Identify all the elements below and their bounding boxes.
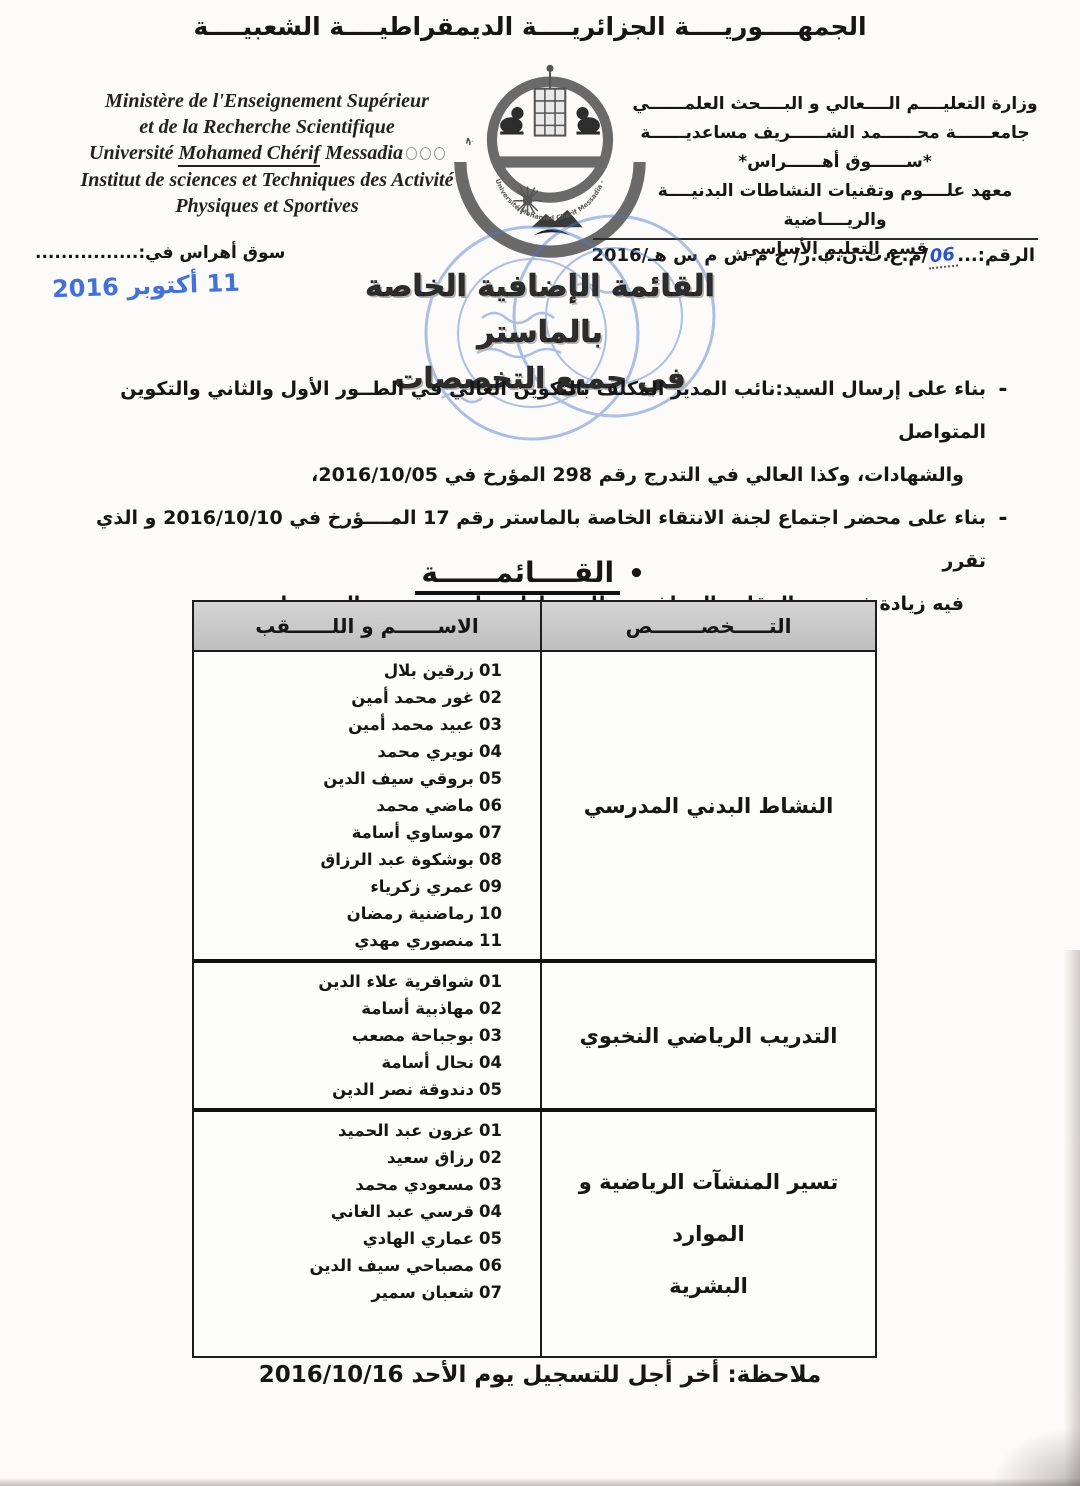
university-line-fr: Université Mohamed Chérif Messadia [48, 140, 486, 167]
student-row: 05دندوقة نصر الدين [200, 1076, 502, 1103]
institute-line-ar: معهد علــــوم وتقنيات النشاطات البدنيـــ… [620, 177, 1050, 235]
student-row: 07شعبان سمير [200, 1279, 502, 1306]
student-number: 06 [474, 1252, 502, 1279]
student-number: 07 [474, 819, 502, 846]
student-number: 09 [474, 873, 502, 900]
student-row: 11منصوري مهدي [200, 927, 502, 954]
scanned-document-page: الجمهــــوريــــة الجزائريــــة الديمقرا… [0, 0, 1080, 1486]
scan-corner-blotch [990, 1426, 1080, 1486]
table-group-school-physical-activity: 01زرقين بلال02غور محمد أمين03عبيد محمد أ… [194, 652, 875, 963]
student-row: 03بوجباحة مصعب [200, 1022, 502, 1049]
table-header-row: الاســــــم و اللــــــقب التـــــخصــــ… [194, 602, 875, 652]
student-row: 01زرقين بلال [200, 657, 502, 684]
student-number: 03 [474, 1022, 502, 1049]
student-row: 04نحال أسامة [200, 1049, 502, 1076]
list-heading-text: القــــائمــــــة [415, 556, 620, 595]
student-name: ماضي محمد [377, 796, 475, 815]
column-header-specialty: التـــــخصـــــــص [540, 602, 875, 650]
ministry-line-fr: Ministère de l'Enseignement Supérieur [48, 88, 486, 114]
student-name: عمري زكرياء [370, 877, 474, 896]
specialty-cell: تسير المنشآت الرياضية و المواردالبشرية [540, 1112, 875, 1356]
student-list: 01شواقرية علاء الدين02مهاذبية أسامة03بوج… [194, 963, 540, 1108]
student-name: عماري الهادي [363, 1229, 474, 1248]
bullet-dash: - [986, 497, 1020, 626]
student-row: 02رزاق سعيد [200, 1144, 502, 1171]
open-book-icon [534, 229, 571, 235]
student-row: 09عمري زكرياء [200, 873, 502, 900]
place-date-line: سوق أهراس في:................ [35, 243, 455, 263]
student-number: 08 [474, 846, 502, 873]
student-name: نحال أسامة [381, 1053, 474, 1072]
student-name: عبيد محمد أمين [348, 715, 474, 734]
student-number: 03 [474, 711, 502, 738]
registration-deadline-note: ملاحظة: أخر أجل للتسجيل يوم الأحد 2016/1… [0, 1362, 1080, 1388]
student-name: شواقرية علاء الدين [318, 972, 474, 991]
student-row: 03مسعودي محمد [200, 1171, 502, 1198]
monument-icon [535, 65, 566, 136]
student-row: 08بوشكوة عبد الرزاق [200, 846, 502, 873]
student-name: بوجباحة مصعب [352, 1026, 474, 1045]
student-name: موساوي أسامة [352, 823, 474, 842]
student-row: 01عزون عبد الحميد [200, 1117, 502, 1144]
student-name: دندوقة نصر الدين [332, 1080, 474, 1099]
student-name: مهاذبية أسامة [361, 999, 474, 1018]
student-number: 06 [474, 792, 502, 819]
student-name: قرسي عبد الغاني [331, 1202, 474, 1221]
document-title-line1: القائمة الإضافية الخاصة بالماستر [330, 264, 750, 356]
student-name: بروقي سيف الدين [323, 769, 474, 788]
french-header-block: Ministère de l'Enseignement Supérieur et… [48, 88, 486, 219]
bullet1-line1: بناء على إرسال السيد:نائب المدير المكلف … [120, 378, 986, 443]
header-divider-rule [593, 238, 1038, 240]
scan-edge-shadow-right [1064, 950, 1080, 1486]
student-name: منصوري مهدي [354, 931, 474, 950]
specialty-name-line: تسير المنشآت الرياضية و الموارد [542, 1156, 875, 1260]
table-group-elite-sports-training: 01شواقرية علاء الدين02مهاذبية أسامة03بوج… [194, 963, 875, 1112]
ref-label: الرقم:... [957, 245, 1035, 266]
student-row: 04نويري محمد [200, 738, 502, 765]
student-name: رماضنية رمضان [347, 904, 474, 923]
bullet-item: - بناء على إرسال السيد:نائب المدير المكل… [62, 368, 1020, 497]
specialty-cell: التدريب الرياضي النخبوي [540, 963, 875, 1108]
column-header-name: الاســــــم و اللــــــقب [194, 602, 540, 650]
student-name: عزون عبد الحميد [338, 1121, 474, 1140]
student-name: مصباحي سيف الدين [309, 1256, 474, 1275]
student-name: مسعودي محمد [355, 1175, 474, 1194]
student-row: 03عبيد محمد أمين [200, 711, 502, 738]
student-row: 02مهاذبية أسامة [200, 995, 502, 1022]
svg-text:جامعة محمد الشريف مساعدية سوق: جامعة محمد الشريف مساعدية سوق أهراس [438, 48, 474, 146]
city-line-ar: *ســــــوق أهــــــراس* [620, 148, 1050, 177]
student-number: 04 [474, 738, 502, 765]
student-number: 07 [474, 1279, 502, 1306]
student-row: 07موساوي أسامة [200, 819, 502, 846]
student-row: 05عماري الهادي [200, 1225, 502, 1252]
student-number: 05 [474, 1076, 502, 1103]
student-number: 11 [474, 927, 502, 954]
country-title: الجمهــــوريــــة الجزائريــــة الديمقرا… [130, 12, 930, 41]
university-name-underlined: Mohamed Chérif [178, 142, 320, 167]
bullet1-line2: والشهادات، وكذا العالي في التدرج رقم 298… [62, 454, 986, 497]
student-row: 10رماضنية رمضان [200, 900, 502, 927]
heading-bullet-icon: • [628, 559, 645, 589]
student-list: 01عزون عبد الحميد02رزاق سعيد03مسعودي محم… [194, 1112, 540, 1356]
student-number: 05 [474, 1225, 502, 1252]
student-number: 02 [474, 1144, 502, 1171]
handwritten-ref-number: 06 [927, 244, 958, 270]
date-stamp: 11 أكتوبر 2016 [52, 269, 241, 304]
student-row: 06ماضي محمد [200, 792, 502, 819]
student-row: 05بروقي سيف الدين [200, 765, 502, 792]
specialty-cell: النشاط البدني المدرسي [540, 652, 875, 959]
candidates-table: الاســــــم و اللــــــقب التـــــخصــــ… [192, 600, 877, 1358]
student-name: نويري محمد [377, 742, 474, 761]
student-number: 05 [474, 765, 502, 792]
student-number: 01 [474, 968, 502, 995]
university-suffix: Messadia [320, 142, 403, 164]
bullet-dash: - [986, 368, 1020, 497]
specialty-name-line: النشاط البدني المدرسي [584, 780, 834, 832]
student-number: 04 [474, 1198, 502, 1225]
specialty-name-line: البشرية [669, 1260, 748, 1312]
student-list: 01زرقين بلال02غور محمد أمين03عبيد محمد أ… [194, 652, 540, 959]
student-number: 02 [474, 684, 502, 711]
student-row: 01شواقرية علاء الدين [200, 968, 502, 995]
ref-code: /م.ع.ت.ن.ب.ر/ ج م ش م س هـ/2016 [592, 245, 929, 266]
table-group-facilities-hr-management: 01عزون عبد الحميد02رزاق سعيد03مسعودي محم… [194, 1112, 875, 1356]
student-name: غور محمد أمين [351, 688, 474, 707]
research-line-fr: et de la Recherche Scientifique [48, 114, 486, 140]
student-number: 02 [474, 995, 502, 1022]
specialty-name-line: التدريب الرياضي النخبوي [580, 1010, 838, 1062]
student-number: 10 [474, 900, 502, 927]
student-row: 06مصباحي سيف الدين [200, 1252, 502, 1279]
list-heading: •القــــائمــــــة [320, 556, 740, 589]
student-row: 02غور محمد أمين [200, 684, 502, 711]
scan-edge-shadow-bottom [0, 1478, 1080, 1486]
student-row: 04قرسي عبد الغاني [200, 1198, 502, 1225]
student-number: 03 [474, 1171, 502, 1198]
university-line-ar: جامعــــــة محــــــمد الشــــــريف مساع… [620, 119, 1050, 148]
ministry-line-ar: وزارة التعليــــم الــــعالي و البــــحث… [620, 90, 1050, 119]
student-number: 01 [474, 1117, 502, 1144]
student-name: رزاق سعيد [387, 1148, 474, 1167]
student-name: بوشكوة عبد الرزاق [321, 850, 475, 869]
institute-line2-fr: Physiques et Sportives [48, 193, 486, 219]
university-prefix: Université [89, 142, 178, 164]
student-number: 04 [474, 1049, 502, 1076]
student-name: زرقين بلال [384, 661, 474, 680]
institute-line-fr: Institut de sciences et Techniques des A… [48, 167, 486, 193]
student-name: شعبان سمير [371, 1283, 474, 1302]
student-number: 01 [474, 657, 502, 684]
